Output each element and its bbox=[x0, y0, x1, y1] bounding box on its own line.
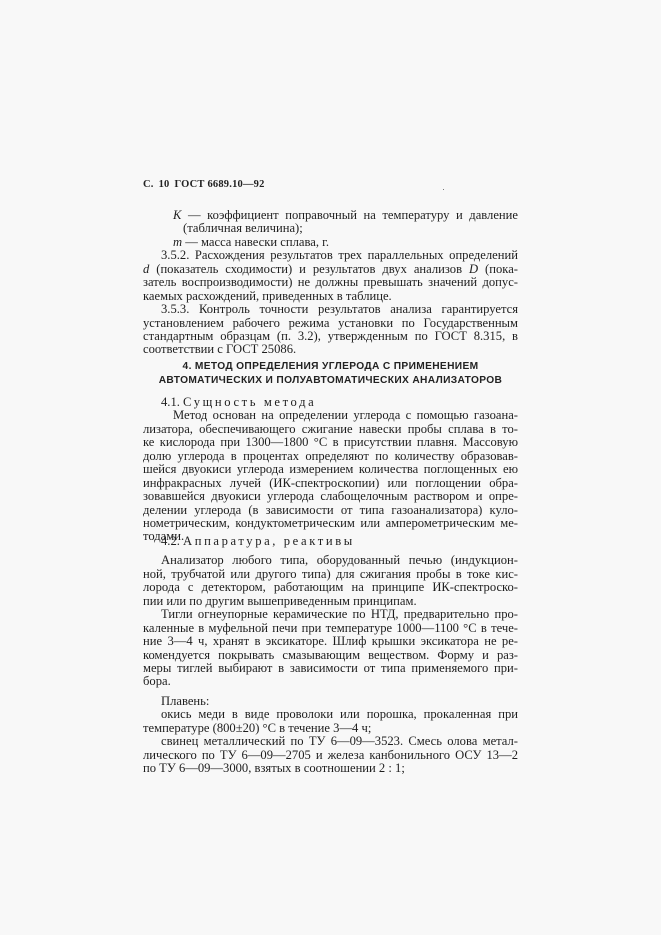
para-line: температуре (800±20) °С в течение 3—4 ч; bbox=[143, 722, 518, 735]
definition-k-cont: (табличная величина); bbox=[143, 222, 518, 235]
text-run: (пока- bbox=[478, 262, 518, 276]
para-line: лизатора, обеспечивающего сжигание навес… bbox=[143, 423, 518, 436]
subsection-number: 4.2. bbox=[161, 534, 180, 548]
para-3-5-3-line: стандартным образцам (п. 3.2), утвержден… bbox=[143, 330, 518, 343]
para-line: шейся двуокиси углерода измерением колич… bbox=[143, 463, 518, 476]
definition-m: m — масса навески сплава, г. bbox=[143, 236, 518, 249]
para-3-5-2-line: 3.5.2. Расхождения результатов трех пара… bbox=[143, 249, 518, 262]
definition-k-text: коэффициент поправочный на температуру и… bbox=[207, 208, 518, 222]
scan-speck bbox=[443, 189, 444, 190]
para-line: свинец металлический по ТУ 6—09—3523. См… bbox=[143, 735, 518, 748]
subsection-title: Сущность метода bbox=[183, 395, 316, 409]
para-line: бора. bbox=[143, 675, 518, 688]
para-line: делении углерода (в зависимости от типа … bbox=[143, 504, 518, 517]
dash: — bbox=[182, 235, 201, 249]
symbol-m: m bbox=[173, 235, 182, 249]
para-line: Метод основан на определении углерода с … bbox=[143, 409, 518, 422]
subsection-number: 4.1. bbox=[161, 395, 180, 409]
para-3-5-3-line: соответствии с ГОСТ 25086. bbox=[143, 343, 518, 356]
subsection-4-2: 4.2. Аппаратура, реактивы Анализатор люб… bbox=[143, 535, 518, 775]
page-number: 10 bbox=[159, 179, 170, 190]
para-3-5-2-line: затель воспроизводимости) не должны прев… bbox=[143, 276, 518, 289]
definition-m-text: масса навески сплава, г. bbox=[201, 235, 329, 249]
para-3-5-2-line: d (показатель сходимости) и результатов … bbox=[143, 263, 518, 276]
para-line: по ТУ 6—09—3000, взятых в соотношении 2 … bbox=[143, 762, 518, 775]
definition-k: K — коэффициент поправочный на температу… bbox=[143, 209, 518, 222]
para-line: каленные в муфельной печи при температур… bbox=[143, 622, 518, 635]
para-line: лического по ТУ 6—09—2705 и железа канбо… bbox=[143, 749, 518, 762]
subsection-4-1: 4.1. Сущность метода Метод основан на оп… bbox=[143, 396, 518, 544]
para-line: долю углерода в процентах определяют по … bbox=[143, 450, 518, 463]
para-line: Анализатор любого типа, оборудованный пе… bbox=[143, 554, 518, 567]
para-line: меры тиглей выбирают в зависимости от ти… bbox=[143, 662, 518, 675]
subsection-title: Аппаратура, реактивы bbox=[183, 534, 355, 548]
heading-line: 4. МЕТОД ОПРЕДЕЛЕНИЯ УГЛЕРОДА С ПРИМЕНЕН… bbox=[143, 360, 518, 374]
text-run: (показатель сходимости) и результатов дв… bbox=[149, 262, 469, 276]
subsection-4-1-title: 4.1. Сущность метода bbox=[143, 396, 518, 409]
para-3-5-3-line: 3.5.3. Контроль точности результатов ана… bbox=[143, 303, 518, 316]
para-line: нометрическим, кондуктометрическим или а… bbox=[143, 517, 518, 530]
heading-line: АВТОМАТИЧЕСКИХ И ПОЛУАВТОМАТИЧЕСКИХ АНАЛ… bbox=[143, 374, 518, 388]
dash: — bbox=[181, 208, 207, 222]
para-line: комендуется покрывать смазывающим вещест… bbox=[143, 649, 518, 662]
para-line: инфракрасных лучей (ИК-спектроскопии) ил… bbox=[143, 477, 518, 490]
para-line: Тигли огнеупорные керамические по НТД, п… bbox=[143, 608, 518, 621]
flux-label: Плавень: bbox=[143, 695, 518, 708]
symbol-D: D bbox=[469, 262, 478, 276]
para-line: ке кислорода при 1300—1800 °С в присутст… bbox=[143, 436, 518, 449]
para-line: лорода с детектором, работающим на принц… bbox=[143, 581, 518, 594]
subsection-4-2-title: 4.2. Аппаратура, реактивы bbox=[143, 535, 518, 548]
para-3-5-2-line: каемых расхождений, приведенных в таблиц… bbox=[143, 290, 518, 303]
para-line: пии или по другим вышеприведенным принци… bbox=[143, 595, 518, 608]
para-3-5-3-line: установлением рабочего режима установки … bbox=[143, 317, 518, 330]
page-label: С. bbox=[143, 179, 154, 190]
para-line: ние 3—4 ч, хранят в эксикаторе. Шлиф кры… bbox=[143, 635, 518, 648]
standard-designation: ГОСТ 6689.10—92 bbox=[175, 179, 265, 190]
para-line: ной, трубчатой или другого типа) для сжи… bbox=[143, 568, 518, 581]
running-head: С.10ГОСТ 6689.10—92 bbox=[143, 179, 265, 190]
para-line: зовавшейся двуокиси углерода слабощелочн… bbox=[143, 490, 518, 503]
section-4-heading: 4. МЕТОД ОПРЕДЕЛЕНИЯ УГЛЕРОДА С ПРИМЕНЕН… bbox=[143, 360, 518, 387]
para-line: окись меди в виде проволоки или порошка,… bbox=[143, 708, 518, 721]
section-3-block: K — коэффициент поправочный на температу… bbox=[143, 209, 518, 357]
